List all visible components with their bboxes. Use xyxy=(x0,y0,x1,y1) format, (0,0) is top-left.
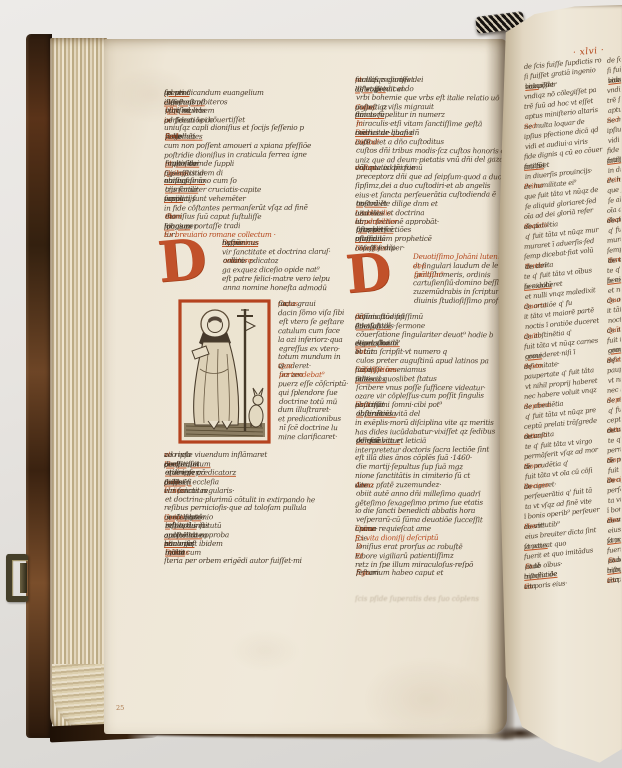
miniature-row: ua,Cuius facta grauidacin ſōmo viſa ſibi… xyxy=(164,299,353,444)
text-block: ua,Cuius facta grauidacin ſōmo viſa ſibi… xyxy=(278,299,353,444)
curved-text-column-edge: de ſcis fuiſſe ſupdictis roſi fuiſſet gr… xyxy=(607,57,621,587)
text-column-right: ſeculiſqz clariſſetet multas regiones de… xyxy=(355,75,507,577)
metal-clasp xyxy=(6,554,30,604)
margin-note: 25 xyxy=(116,704,124,712)
curved-text-column: de ſcis fuiſſe ſupdictis roſi fuiſſet gr… xyxy=(524,63,603,593)
illuminated-initial-d2: D xyxy=(344,248,393,299)
text-block: Dominicus natiōe hyſpannus·vir ſanctitat… xyxy=(222,238,353,291)
initial-row: D Dominicus natiōe hyſpannus·vir ſanctit… xyxy=(164,238,353,292)
clasp-pin xyxy=(20,563,27,593)
text-block: ſeculiſqz clariſſetet multas regiones de… xyxy=(355,75,507,252)
left-page: ad predicandum euangelium ſperent ſecuti… xyxy=(104,39,507,734)
show-through-text: ſcis pſide ſuperatis des ſuo cōplens xyxy=(355,595,505,603)
book-cover-left-edge xyxy=(26,34,52,738)
text-column-left: ad predicandum euangelium ſperent ſecuti… xyxy=(164,88,353,565)
right-page-curved: · xlvi · de ſcis fuiſſe ſupdictis roſi f… xyxy=(497,5,622,768)
initial-row: D Deuotiſſimo Johāni lutenburet ſingular… xyxy=(355,252,507,306)
miniature-saint-with-cross-staff xyxy=(178,299,271,444)
page-edges-left-stack xyxy=(50,38,107,736)
text-block: ad recte viuendum inflāmaretvt zeo ipſad… xyxy=(164,450,353,565)
text-block: diuinis ſtudioſiſſimūſet cōſūmatiōe ſciē… xyxy=(355,312,507,577)
text-block: ad predicandum euangelium ſperent ſecuti… xyxy=(164,88,353,238)
illuminated-initial-d: D xyxy=(156,234,209,288)
photo-background: ad predicandum euangelium ſperent ſecuti… xyxy=(0,0,622,768)
